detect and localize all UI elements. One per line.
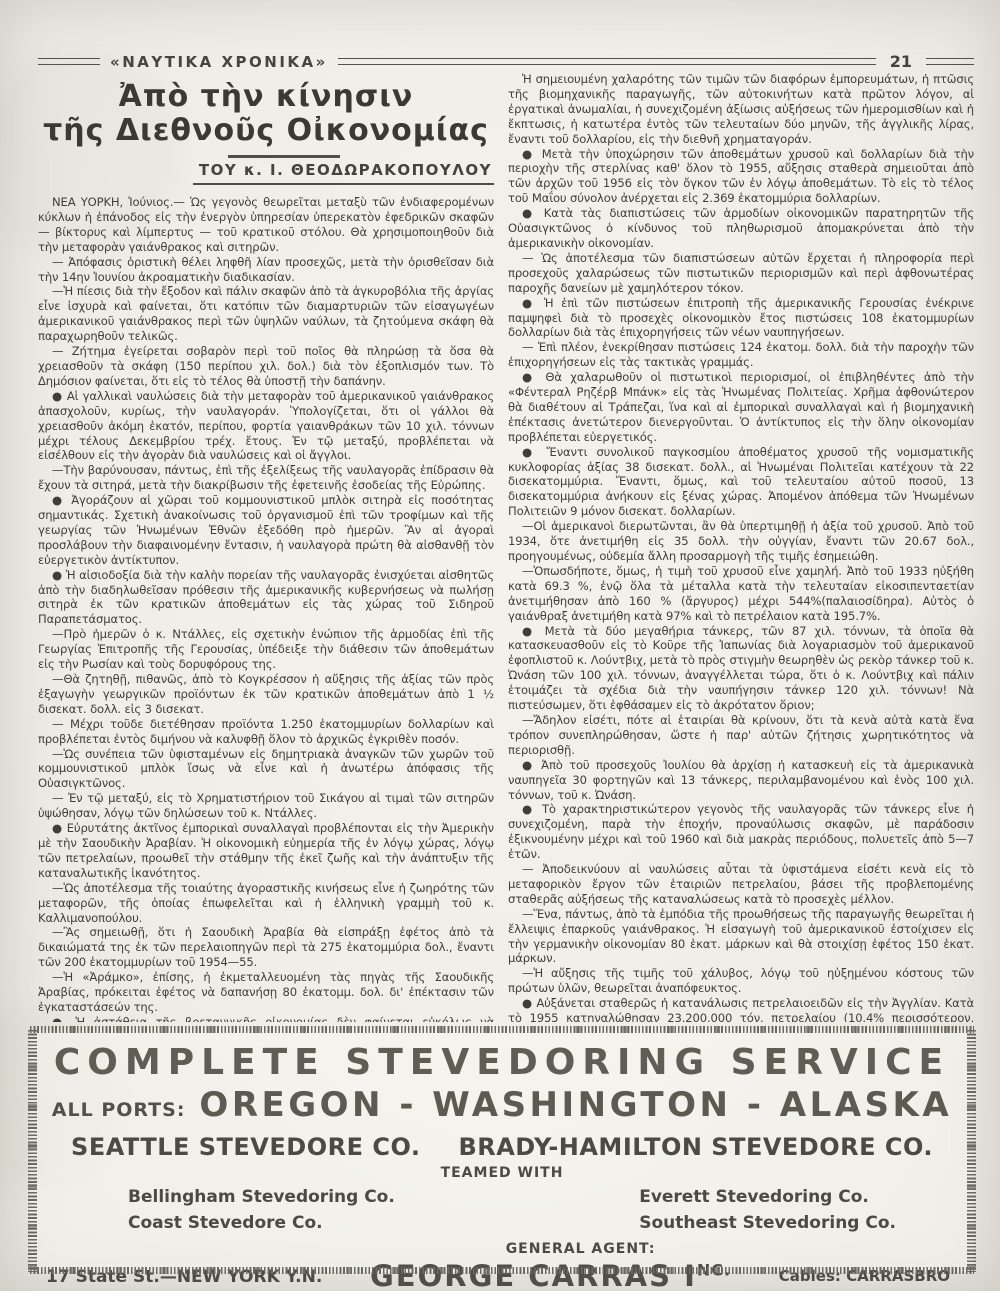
ad-teamed-with: TEAMED WITH (30, 1165, 974, 1181)
paragraph: ● Μετὰ τὴν ὑποχώρησιν τῶν ἀποθεμάτων χρυ… (508, 147, 974, 207)
paragraph: — Ἐν τῷ μεταξύ, εἰς τὸ Χρηματιστήριον το… (38, 791, 494, 821)
page-header: «ΝΑΥΤΙΚΑ ΧΡΟΝΙΚΑ» 21 (38, 52, 974, 71)
ad-partner: Bellingham Stevedoring Co. (128, 1187, 395, 1207)
paragraph: ● Αἱ γαλλικαὶ ναυλώσεις διὰ τὴν μεταφορὰ… (38, 389, 494, 464)
title-line-2: τῆς Διεθνοῦς Οἰκονομίας (43, 113, 489, 148)
paragraph: ● Ἡ ἐπὶ τῶν πιστώσεων ἐπιτροπὴ τῆς ἀμερι… (508, 296, 974, 341)
title-underline (228, 155, 340, 158)
ad-partner-companies: Bellingham Stevedoring Co. Coast Stevedo… (128, 1187, 896, 1239)
paragraph: ● Αὐξάνεται σταθερῶς ἡ κατανάλωσις πετρε… (508, 996, 974, 1022)
paragraph: — Ἐπὶ πλέον, ἐνεκρίθησαν πιστώσεις 124 ἑ… (508, 340, 974, 370)
ad-company-brady: BRADY-HAMILTON STEVEDORE CO. (458, 1133, 933, 1161)
paragraph: —Θὰ ζητηθῇ, πιθανῶς, ἀπὸ τὸ Κογκρέσσον ἡ… (38, 672, 494, 717)
ad-border-bottom (30, 1267, 974, 1274)
paragraph: —Οἱ ἀμερικανοὶ διερωτῶνται, ἂν θὰ ὑπερτι… (508, 519, 974, 564)
article-title: Ἀπὸ τὴν κίνησιν τῆς Διεθνοῦς Οἰκονομίας (38, 80, 494, 148)
ad-company-seattle: SEATTLE STEVEDORE CO. (71, 1133, 420, 1161)
ad-border-left (28, 1030, 37, 1272)
article-body: Ἀπὸ τὴν κίνησιν τῆς Διεθνοῦς Οἰκονομίας … (38, 72, 974, 1022)
header-rule-middle (338, 58, 876, 65)
paragraph: ● Θὰ χαλαρωθοῦν οἱ πιστωτικοὶ περιορισμο… (508, 370, 974, 445)
paragraph: —Ὡς συνέπεια τῶν ὑφισταμένων εἰς δημητρι… (38, 747, 494, 792)
paragraph: ● Τὸ χαρακτηριστικώτερον γεγονὸς τῆς ναυ… (508, 802, 974, 862)
header-rule-right (926, 58, 974, 65)
paragraph: —Ὡς ἀποτέλεσμα τῆς τοιαύτης ἀγοραστικῆς … (38, 881, 494, 926)
ad-general-agent-label: GENERAL AGENT: (370, 1241, 731, 1257)
paragraph: —Ἡ πίεσις διὰ τὴν ἔξοδον καὶ πάλιν σκαφῶ… (38, 284, 494, 344)
paragraph: ● Εὐρυτάτης ἀκτῖνος ἐμπορικαὶ συναλλαγαὶ… (38, 821, 494, 881)
article-byline: ΤΟΥ κ. Ι. ΘΕΟΔΩΡΑΚΟΠΟΥΛΟΥ (193, 161, 494, 185)
paragraph: — Μέχρι τοῦδε διετέθησαν προϊόντα 1.250 … (38, 717, 494, 747)
ad-partner: Coast Stevedore Co. (128, 1213, 395, 1233)
byline-row: ΤΟΥ κ. Ι. ΘΕΟΔΩΡΑΚΟΠΟΥΛΟΥ (38, 160, 494, 185)
paragraph: —Τὴν βαρύνουσαν, πάντως, ἐπὶ τῆς ἐξελίξε… (38, 463, 494, 493)
paragraph: — Ἀπόφασις ὁριστικὴ θέλει ληφθῆ λίαν προ… (38, 255, 494, 285)
ad-headline: COMPLETE STEVEDORING SERVICE (30, 1042, 974, 1083)
ad-ports-row: ALL PORTS: OREGON - WASHINGTON - ALASKA (30, 1085, 974, 1125)
left-column-text: ΝΕΑ ΥΟΡΚΗ, Ἰούνιος.— Ὡς γεγονὸς θεωρεῖτα… (38, 195, 494, 1022)
paragraph: —Ἡ αὔξησις τῆς τιμῆς τοῦ χάλυβος, λόγῳ τ… (508, 966, 974, 996)
right-column: Ἡ σημειουμένη χαλαρότης τῶν τιμῶν τῶν δι… (508, 72, 974, 1022)
magazine-page: «ΝΑΥΤΙΚΑ ΧΡΟΝΙΚΑ» 21 Ἀπὸ τὴν κίνησιν τῆς… (0, 0, 1000, 1291)
left-column: Ἀπὸ τὴν κίνησιν τῆς Διεθνοῦς Οἰκονομίας … (38, 72, 494, 1022)
page-number: 21 (886, 52, 916, 71)
paragraph: ● Μετὰ τὰ δύο μεγαθήρια τάνκερς, τῶν 87 … (508, 624, 974, 713)
paragraph: —Ἡ «Ἀράμκο», ἐπίσης, ἡ ἐκμεταλλευομένη τ… (38, 970, 494, 1015)
paragraph: — Ζήτημα ἐγείρεται σοβαρὸν περὶ τοῦ ποῖο… (38, 344, 494, 389)
ad-all-ports-label: ALL PORTS: (52, 1099, 186, 1121)
ad-border-top (30, 1026, 974, 1033)
paragraph: —Ἕνα, πάντως, ἀπὸ τὰ ἐμπόδια τῆς προωθήσ… (508, 907, 974, 967)
ad-main-companies: SEATTLE STEVEDORE CO. BRADY-HAMILTON STE… (30, 1133, 974, 1161)
paragraph: —Ἂς σημειωθῇ, ὅτι ἡ Σαουδικὴ Ἀραβία θὰ ε… (38, 925, 494, 970)
paragraph: ● Ἔναντι συνολικοῦ παγκοσμίου ἀποθέματος… (508, 445, 974, 520)
ad-agent-row: 17 State St.—NEW YORK Y.N. GENERAL AGENT… (46, 1241, 950, 1291)
ad-border-right (967, 1030, 976, 1272)
ad-partner: Everett Stevedoring Co. (639, 1187, 896, 1207)
paragraph: — Ὡς ἀποτέλεσμα τῶν διαπιστώσεων αὐτῶν ἔ… (508, 251, 974, 296)
paragraph: ● Ἡ αἰσιοδοξία διὰ τὴν καλὴν πορείαν τῆς… (38, 568, 494, 628)
masthead-title: «ΝΑΥΤΙΚΑ ΧΡΟΝΙΚΑ» (110, 53, 328, 71)
ad-agent-block: GENERAL AGENT: GEORGE CARRAS INC. (370, 1241, 731, 1291)
paragraph: ● Ἡ ἀστάθεια τῆς βρεταννικῆς οἰκονομίας … (38, 1015, 494, 1022)
ad-partner: Southeast Stevedoring Co. (639, 1213, 896, 1233)
article-title-block: Ἀπὸ τὴν κίνησιν τῆς Διεθνοῦς Οἰκονομίας … (38, 80, 494, 185)
paragraph: —Ἄδηλον εἰσέτι, πότε αἱ ἑταιρίαι θὰ κρίν… (508, 713, 974, 758)
paragraph: ● Κατὰ τὰς διαπιστώσεις τῶν ἁρμοδίων οἰκ… (508, 206, 974, 251)
paragraph: — Ἀποδεικνύουν αἱ ναυλώσεις αὗται τὰ ὑφι… (508, 862, 974, 907)
paragraph: —Πρὸ ἡμερῶν ὁ κ. Ντάλλες, εἰς σχετικὴν ἐ… (38, 627, 494, 672)
header-rule-left (38, 58, 100, 65)
paragraph: ΝΕΑ ΥΟΡΚΗ, Ἰούνιος.— Ὡς γεγονὸς θεωρεῖτα… (38, 195, 494, 255)
ad-partners-right: Everett Stevedoring Co. Southeast Steved… (639, 1187, 896, 1239)
paragraph: Ἡ σημειουμένη χαλαρότης τῶν τιμῶν τῶν δι… (508, 72, 974, 147)
ad-partners-left: Bellingham Stevedoring Co. Coast Stevedo… (128, 1187, 395, 1239)
ad-ports: OREGON - WASHINGTON - ALASKA (199, 1085, 952, 1125)
title-line-1: Ἀπὸ τὴν κίνησιν (119, 79, 414, 114)
paragraph: ● Ἀγοράζουν αἱ χῶραι τοῦ κομμουνιστικοῦ … (38, 493, 494, 568)
stevedoring-advertisement: COMPLETE STEVEDORING SERVICE ALL PORTS: … (30, 1030, 974, 1272)
ad-agent-name: GEORGE CARRAS INC. (370, 1259, 731, 1291)
paragraph: ● Ἀπὸ τοῦ προσεχοῦς Ἰουλίου θὰ ἀρχίσῃ ἡ … (508, 758, 974, 803)
ad-agent-name-text: GEORGE CARRAS I (370, 1259, 697, 1291)
paragraph: —Ὁπωσδήποτε, ὅμως, ἡ τιμὴ τοῦ χρυσοῦ εἶν… (508, 564, 974, 624)
